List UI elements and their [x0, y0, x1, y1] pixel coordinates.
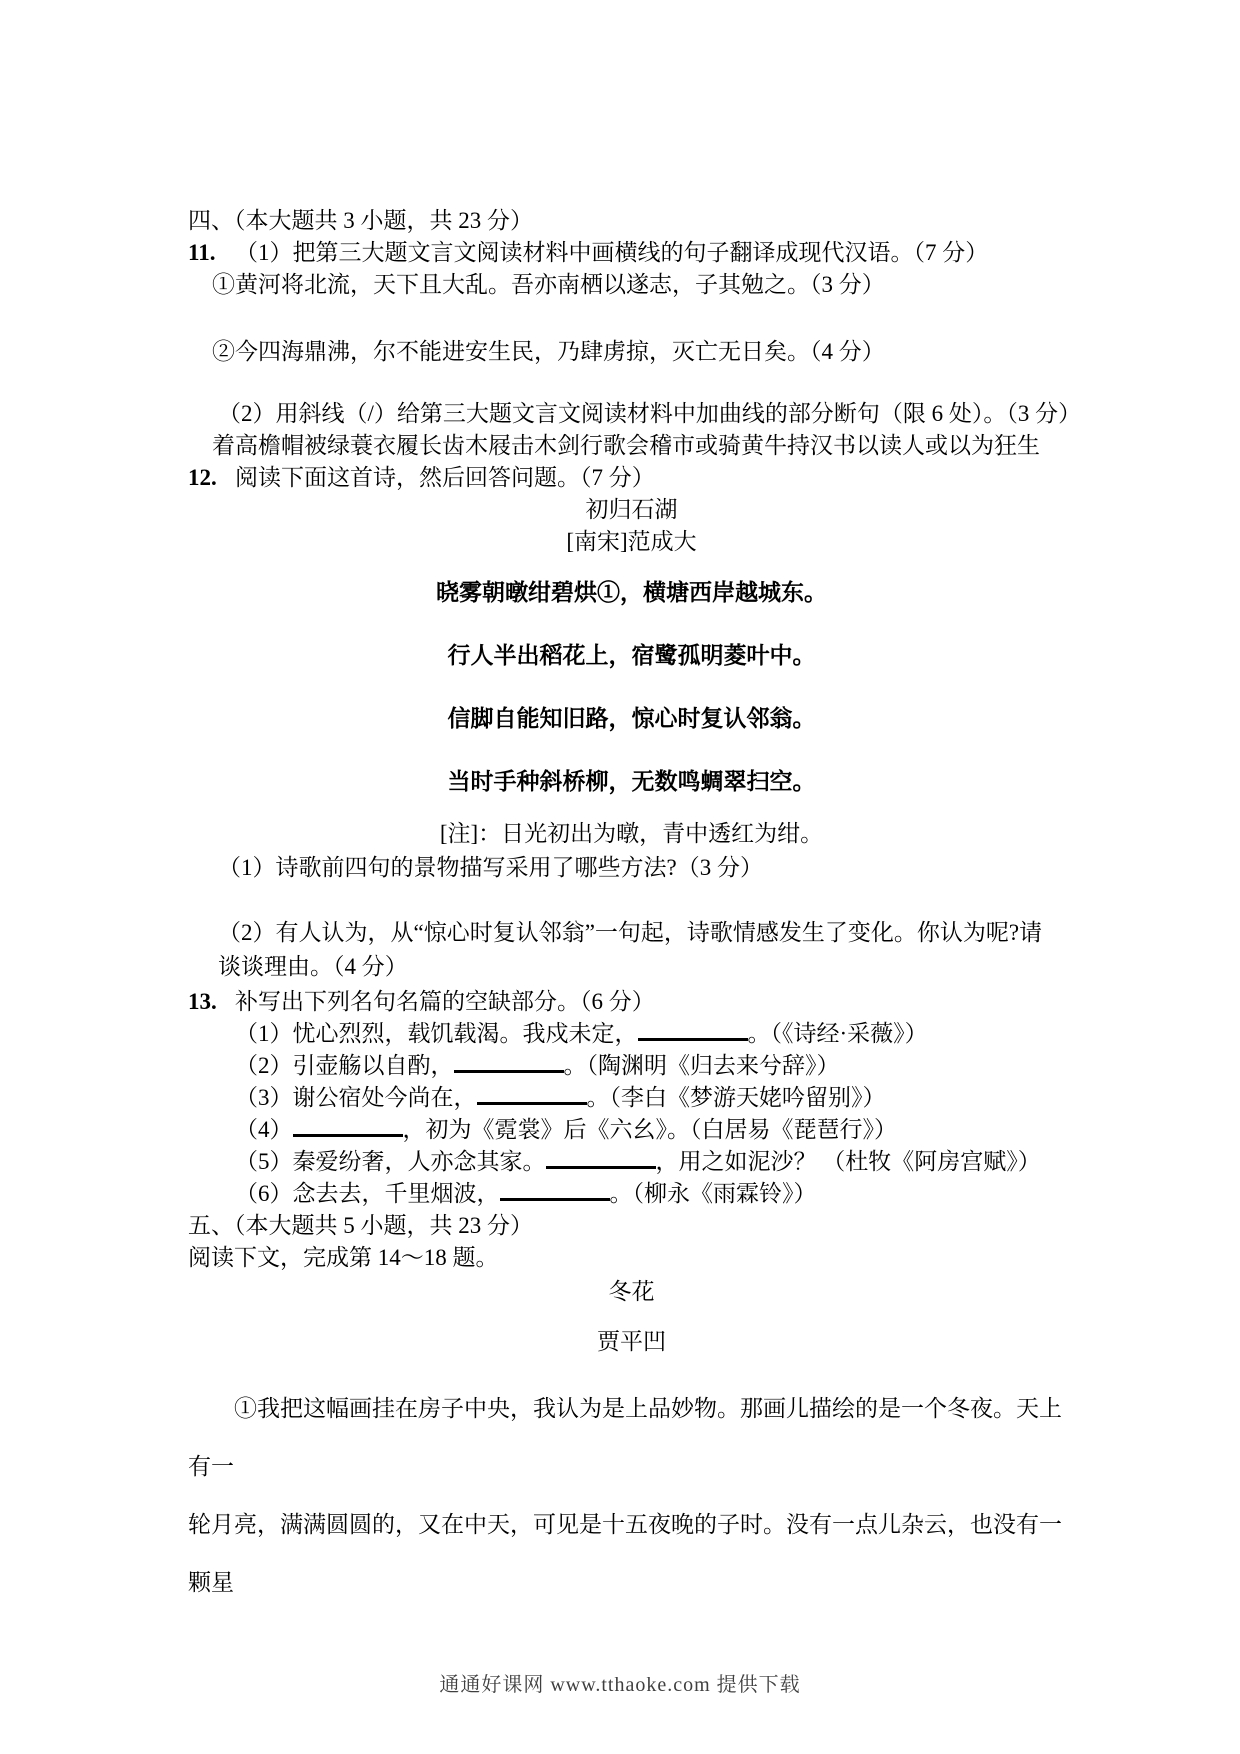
- q12-sub2-line1: （2）有人认为，从“惊心时复认邻翁”一句起，诗歌情感发生了变化。你认为呢?请: [218, 917, 1075, 949]
- q13-item-post: ，用之如泥沙？ （杜牧《阿房宫赋》）: [656, 1149, 1041, 1174]
- q12-sub2-line2: 谈谈理由。（4 分）: [218, 951, 1075, 983]
- footer-credit: 通通好课网 www.tthaoke.com 提供下载: [0, 1668, 1240, 1697]
- q13-item-pre: （3）谢公宿处今尚在，: [235, 1085, 477, 1110]
- poem-line: 信脚自能知旧路，惊心时复认邻翁。: [188, 687, 1075, 750]
- q12-prompt-text: 阅读下面这首诗，然后回答问题。（7 分）: [235, 465, 655, 490]
- answer-blank: [454, 1052, 564, 1073]
- q13-item-pre: （1）忧心烈烈，载饥载渴。我戍未定，: [235, 1021, 638, 1046]
- essay-body: ①我把这幅画挂在房子中央，我认为是上品妙物。那画儿描绘的是一个冬夜。天上有一 轮…: [188, 1380, 1075, 1612]
- answer-blank: [293, 1116, 403, 1137]
- poem-author: [南宋]范成大: [188, 526, 1075, 558]
- q13-item-post: 。（柳永《雨霖铃》）: [610, 1181, 817, 1206]
- q12-number: 12.: [188, 462, 235, 494]
- q11-part1-line: 11.（1）把第三大题文言文阅读材料中画横线的句子翻译成现代汉语。（7 分）: [188, 237, 1075, 269]
- q12-sub1: （1）诗歌前四句的景物描写采用了哪些方法?（3 分）: [218, 852, 1075, 884]
- poem-note: [注]：日光初出为暾，青中透红为绀。: [188, 818, 1075, 850]
- exam-page: 四、（本大题共 3 小题，共 23 分） 11.（1）把第三大题文言文阅读材料中…: [0, 0, 1240, 1612]
- section4-header: 四、（本大题共 3 小题，共 23 分）: [188, 205, 1075, 237]
- q11-number: 11.: [188, 237, 235, 269]
- poem-line: 行人半出稻花上，宿鹭孤明菱叶中。: [188, 624, 1075, 687]
- q13-item: （3）谢公宿处今尚在，。（李白《梦游天姥吟留别》）: [235, 1082, 1075, 1114]
- q13-item: （6）念去去，千里烟波，。（柳永《雨霖铃》）: [235, 1178, 1075, 1210]
- q13-item-pre: （6）念去去，千里烟波，: [235, 1181, 500, 1206]
- q13-number: 13.: [188, 986, 235, 1018]
- q11-sentence-1: ①黄河将北流，天下且大乱。吾亦南栖以遂志，子其勉之。（3 分）: [212, 269, 1075, 301]
- q13-item-pre: （4）: [235, 1117, 293, 1142]
- q13-item-pre: （2）引壶觞以自酌，: [235, 1053, 454, 1078]
- q13-item: （5）秦爱纷奢，人亦念其家。，用之如泥沙？ （杜牧《阿房宫赋》）: [235, 1146, 1075, 1178]
- section5-header: 五、（本大题共 5 小题，共 23 分）: [188, 1210, 1075, 1242]
- q13-item-post: 。（李白《梦游天姥吟留别》）: [587, 1085, 886, 1110]
- essay-paragraph-line: 轮月亮，满满圆圆的，又在中天，可见是十五夜晚的子时。没有一点儿杂云，也没有一颗星: [188, 1496, 1075, 1612]
- q12-prompt-line: 12.阅读下面这首诗，然后回答问题。（7 分）: [188, 462, 1075, 494]
- poem-line: 当时手种斜桥柳，无数鸣蜩翠扫空。: [188, 750, 1075, 813]
- q13-prompt-text: 补写出下列名句名篇的空缺部分。（6 分）: [235, 989, 655, 1014]
- q13-item-post: 。（陶渊明《归去来兮辞》）: [564, 1053, 840, 1078]
- section5-intro: 阅读下文，完成第 14～18 题。: [188, 1242, 1075, 1274]
- q13-item: （2）引壶觞以自酌，。（陶渊明《归去来兮辞》）: [235, 1050, 1075, 1082]
- q13-item: （4），初为《霓裳》后《六幺》。（白居易《琵琶行》）: [235, 1114, 1075, 1146]
- q13-item-pre: （5）秦爱纷奢，人亦念其家。: [235, 1149, 546, 1174]
- q11-part1-text: （1）把第三大题文言文阅读材料中画横线的句子翻译成现代汉语。（7 分）: [235, 240, 988, 265]
- essay-title: 冬花: [188, 1276, 1075, 1308]
- q13-item-post: 。（《诗经·采薇》）: [748, 1021, 928, 1046]
- answer-blank: [500, 1180, 610, 1201]
- answer-blank: [638, 1020, 748, 1041]
- q13-prompt-line: 13.补写出下列名句名篇的空缺部分。（6 分）: [188, 986, 1075, 1018]
- poem-title: 初归石湖: [188, 494, 1075, 526]
- q13-item-post: ，初为《霓裳》后《六幺》。（白居易《琵琶行》）: [403, 1117, 898, 1142]
- q11-part2-material: 着高檐帽被绿蓑衣履长齿木屐击木剑行歌会稽市或骑黄牛持汉书以读人或以为狂生: [212, 430, 1075, 462]
- essay-author: 贾平凹: [188, 1326, 1075, 1358]
- q11-sentence-2: ②今四海鼎沸，尔不能进安生民，乃肆虏掠，灭亡无日矣。（4 分）: [212, 336, 1075, 368]
- poem-line: 晓雾朝暾绀碧烘①，横塘西岸越城东。: [188, 561, 1075, 624]
- q11-part2-line: （2）用斜线（/）给第三大题文言文阅读材料中加曲线的部分断句（限 6 处）。（3…: [218, 398, 1075, 430]
- answer-blank: [477, 1084, 587, 1105]
- essay-paragraph-line: ①我把这幅画挂在房子中央，我认为是上品妙物。那画儿描绘的是一个冬夜。天上有一: [188, 1380, 1075, 1496]
- poem-body: 晓雾朝暾绀碧烘①，横塘西岸越城东。 行人半出稻花上，宿鹭孤明菱叶中。 信脚自能知…: [188, 561, 1075, 813]
- q13-item: （1）忧心烈烈，载饥载渴。我戍未定，。（《诗经·采薇》）: [235, 1018, 1075, 1050]
- answer-blank: [546, 1148, 656, 1169]
